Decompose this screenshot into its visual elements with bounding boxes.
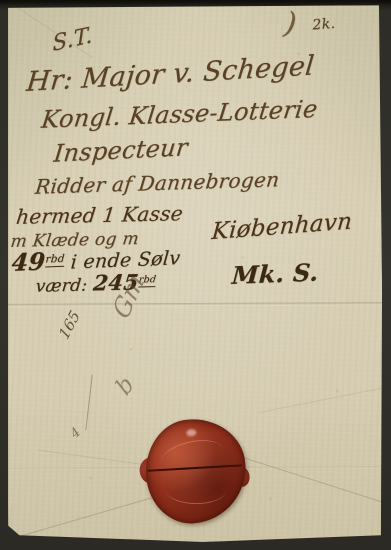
address-line-title2: Inspecteur [52, 133, 189, 168]
pen-swash: ) [282, 6, 299, 42]
faint-docket-mark: 165 [55, 307, 83, 342]
seal-embossed-script-lower [165, 477, 225, 505]
address-line-title: Kongl. Klasse-Lotterie [40, 95, 319, 134]
contents-line-parcel: hermed 1 Kasse [15, 201, 185, 229]
scan-edge-shadow [0, 0, 391, 5]
diagonal-fold-crease [259, 383, 391, 413]
salutation-flourish: S.T. [52, 23, 93, 57]
amount-unit: rbd [45, 252, 65, 267]
postal-rate-mark: 2k. [312, 16, 336, 34]
letter-paper: ) 2k. S.T. Hr: Major v. Schegel Kongl. K… [6, 5, 383, 543]
address-line-honor: Ridder af Dannebrogen [34, 167, 281, 199]
destination-city: Kiøbenhavn [211, 208, 354, 245]
faint-corner-mark: 4 [68, 425, 84, 442]
value-label: værd: [35, 275, 95, 296]
red-wax-seal [141, 415, 250, 528]
faint-pen-stroke [85, 375, 93, 431]
scanned-letter-image: ) 2k. S.T. Hr: Major v. Schegel Kongl. K… [0, 0, 391, 550]
faint-pen-loop: b [111, 371, 139, 401]
sender-initials: Mk. S. [231, 257, 319, 289]
address-line-recipient: Hr: Major v. Schegel [25, 50, 316, 98]
horizontal-fold-crease [7, 302, 382, 307]
